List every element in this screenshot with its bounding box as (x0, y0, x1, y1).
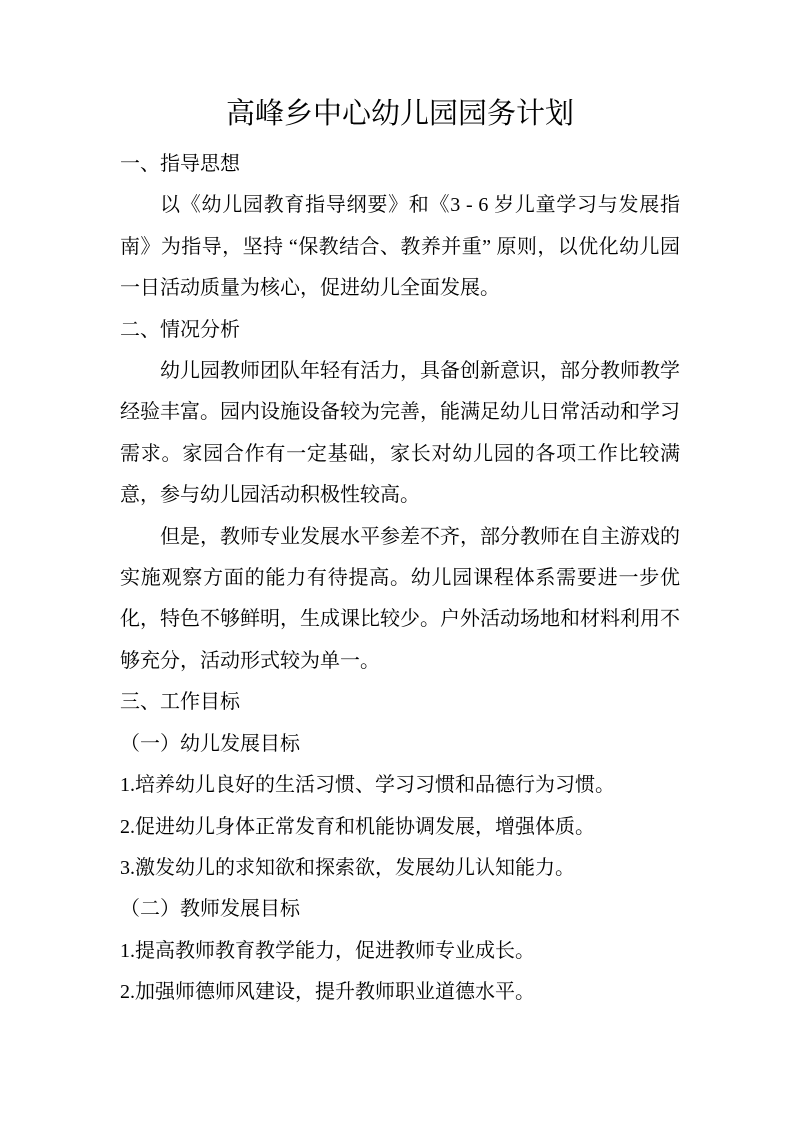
paragraph-situation-weaknesses: 但是，教师专业发展水平参差不齐，部分教师在自主游戏的实施观察方面的能力有待提高。… (120, 517, 680, 683)
document-page: 高峰乡中心幼儿园园务计划 一、指导思想 以《幼儿园教育指导纲要》和《3 - 6 … (0, 0, 793, 1122)
section-heading-guiding-ideology: 一、指导思想 (120, 144, 680, 185)
subheading-teacher-development-goals: （二）教师发展目标 (120, 889, 680, 930)
list-item-child-goal-3: 3.激发幼儿的求知欲和探索欲，发展幼儿认知能力。 (120, 848, 680, 889)
list-item-child-goal-1: 1.培养幼儿良好的生活习惯、学习习惯和品德行为习惯。 (120, 765, 680, 806)
section-heading-situation-analysis: 二、情况分析 (120, 310, 680, 351)
list-item-teacher-goal-1: 1.提高教师教育教学能力，促进教师专业成长。 (120, 931, 680, 972)
paragraph-situation-strengths: 幼儿园教师团队年轻有活力，具备创新意识，部分教师教学经验丰富。园内设施设备较为完… (120, 351, 680, 517)
section-heading-work-goals: 三、工作目标 (120, 682, 680, 723)
subheading-child-development-goals: （一）幼儿发展目标 (120, 724, 680, 765)
list-item-teacher-goal-2: 2.加强师德师风建设，提升教师职业道德水平。 (120, 972, 680, 1013)
paragraph-guiding-ideology: 以《幼儿园教育指导纲要》和《3 - 6 岁儿童学习与发展指南》为指导，坚持 “保… (120, 185, 680, 309)
list-item-child-goal-2: 2.促进幼儿身体正常发育和机能协调发展，增强体质。 (120, 807, 680, 848)
document-title: 高峰乡中心幼儿园园务计划 (120, 92, 680, 136)
